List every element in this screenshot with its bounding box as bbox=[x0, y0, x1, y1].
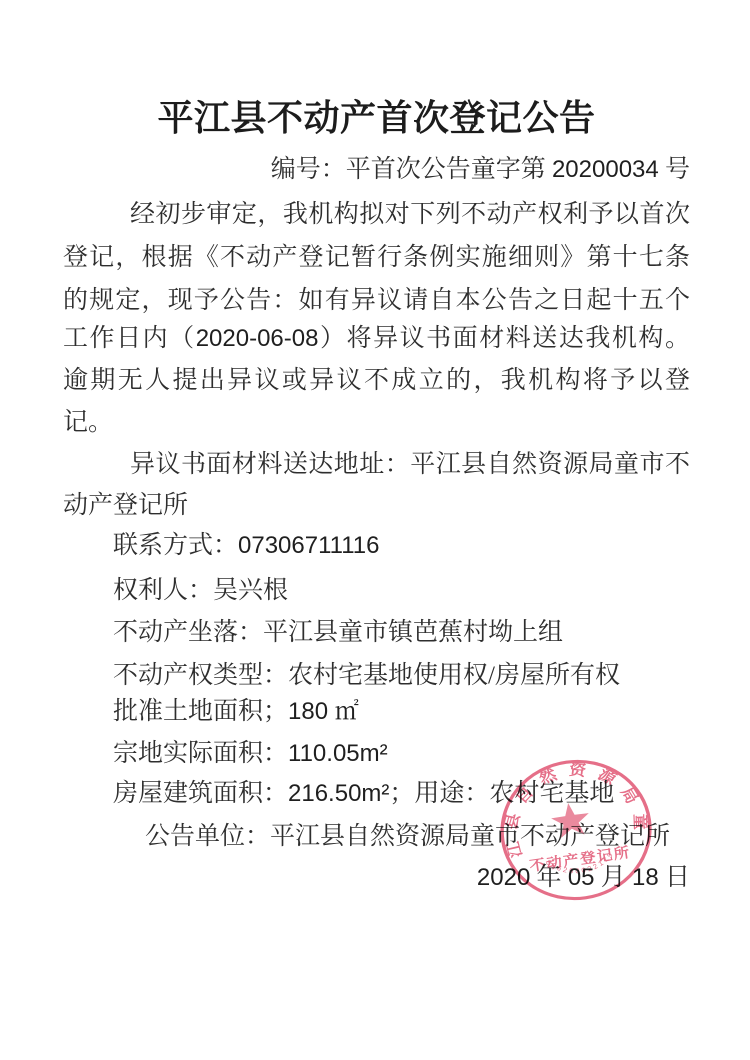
deadline-prefix: 工作日内（ bbox=[63, 325, 196, 352]
doc-number-value: 20200034 bbox=[552, 156, 659, 183]
building-area-value: 216.50m² bbox=[288, 780, 389, 807]
date-year: 2020 bbox=[477, 864, 530, 891]
parcel-area-value: 110.05m² bbox=[288, 740, 388, 767]
date-day: 18 bbox=[632, 864, 659, 891]
approved-area-value: 180 ㎡ bbox=[288, 698, 359, 725]
building-area-label: 房屋建筑面积： bbox=[113, 780, 288, 807]
paragraph2-line1: 异议书面材料送达地址：平江县自然资源局童市不 bbox=[63, 448, 690, 482]
parcel-area-label: 宗地实际面积： bbox=[113, 740, 288, 767]
paragraph1-line6: 记。 bbox=[63, 406, 690, 440]
paragraph2-line2: 动产登记所 bbox=[63, 489, 690, 523]
page-title: 平江县不动产首次登记公告 bbox=[63, 90, 690, 141]
right-type-line: 不动产权类型：农村宅基地使用权/房屋所有权 bbox=[63, 659, 690, 693]
contact-label: 联系方式： bbox=[113, 532, 238, 559]
paragraph1-line5: 逾期无人提出异议或异议不成立的，我机构将予以登 bbox=[63, 364, 690, 398]
date-line: 2020 年 05 月 18 日 bbox=[63, 861, 690, 895]
deadline-date: 2020-06-08 bbox=[196, 325, 319, 352]
deadline-suffix: ）将异议书面材料送达我机构。 bbox=[318, 325, 690, 352]
building-area-usage: ；用途：农村宅基地 bbox=[389, 780, 614, 807]
approved-land-area-line: 批准土地面积；180 ㎡ bbox=[63, 695, 690, 729]
contact-line: 联系方式：07306711116 bbox=[63, 529, 690, 563]
issuer-line: 公告单位：平江县自然资源局童市不动产登记所 bbox=[63, 820, 690, 854]
date-year-unit: 年 bbox=[530, 864, 568, 891]
property-location-line: 不动产坐落：平江县童市镇芭蕉村坳上组 bbox=[63, 616, 690, 650]
rights-holder-line: 权利人：吴兴根 bbox=[63, 574, 690, 608]
paragraph1-line4: 工作日内（2020-06-08）将异议书面材料送达我机构。 bbox=[63, 322, 690, 356]
announcement-document: 平江县不动产首次登记公告 编号：平首次公告童字第 20200034 号 经初步审… bbox=[0, 0, 750, 1060]
approved-area-label: 批准土地面积； bbox=[113, 698, 288, 725]
doc-number-prefix: 编号：平首次公告童字第 bbox=[271, 156, 552, 183]
doc-number-suffix: 号 bbox=[659, 156, 690, 183]
paragraph1-line1: 经初步审定，我机构拟对下列不动产权利予以首次 bbox=[63, 198, 690, 232]
contact-phone: 07306711116 bbox=[238, 532, 379, 559]
building-area-line: 房屋建筑面积：216.50m²；用途：农村宅基地 bbox=[63, 777, 690, 811]
date-month-unit: 月 bbox=[595, 864, 633, 891]
parcel-actual-area-line: 宗地实际面积：110.05m² bbox=[63, 737, 690, 771]
paragraph1-line3: 的规定，现予公告：如有异议请自本公告之日起十五个 bbox=[63, 284, 690, 318]
date-day-unit: 日 bbox=[659, 864, 690, 891]
paragraph1-line2: 登记，根据《不动产登记暂行条例实施细则》第十七条 bbox=[63, 241, 690, 275]
date-month: 05 bbox=[568, 864, 595, 891]
doc-number-line: 编号：平首次公告童字第 20200034 号 bbox=[63, 153, 690, 187]
